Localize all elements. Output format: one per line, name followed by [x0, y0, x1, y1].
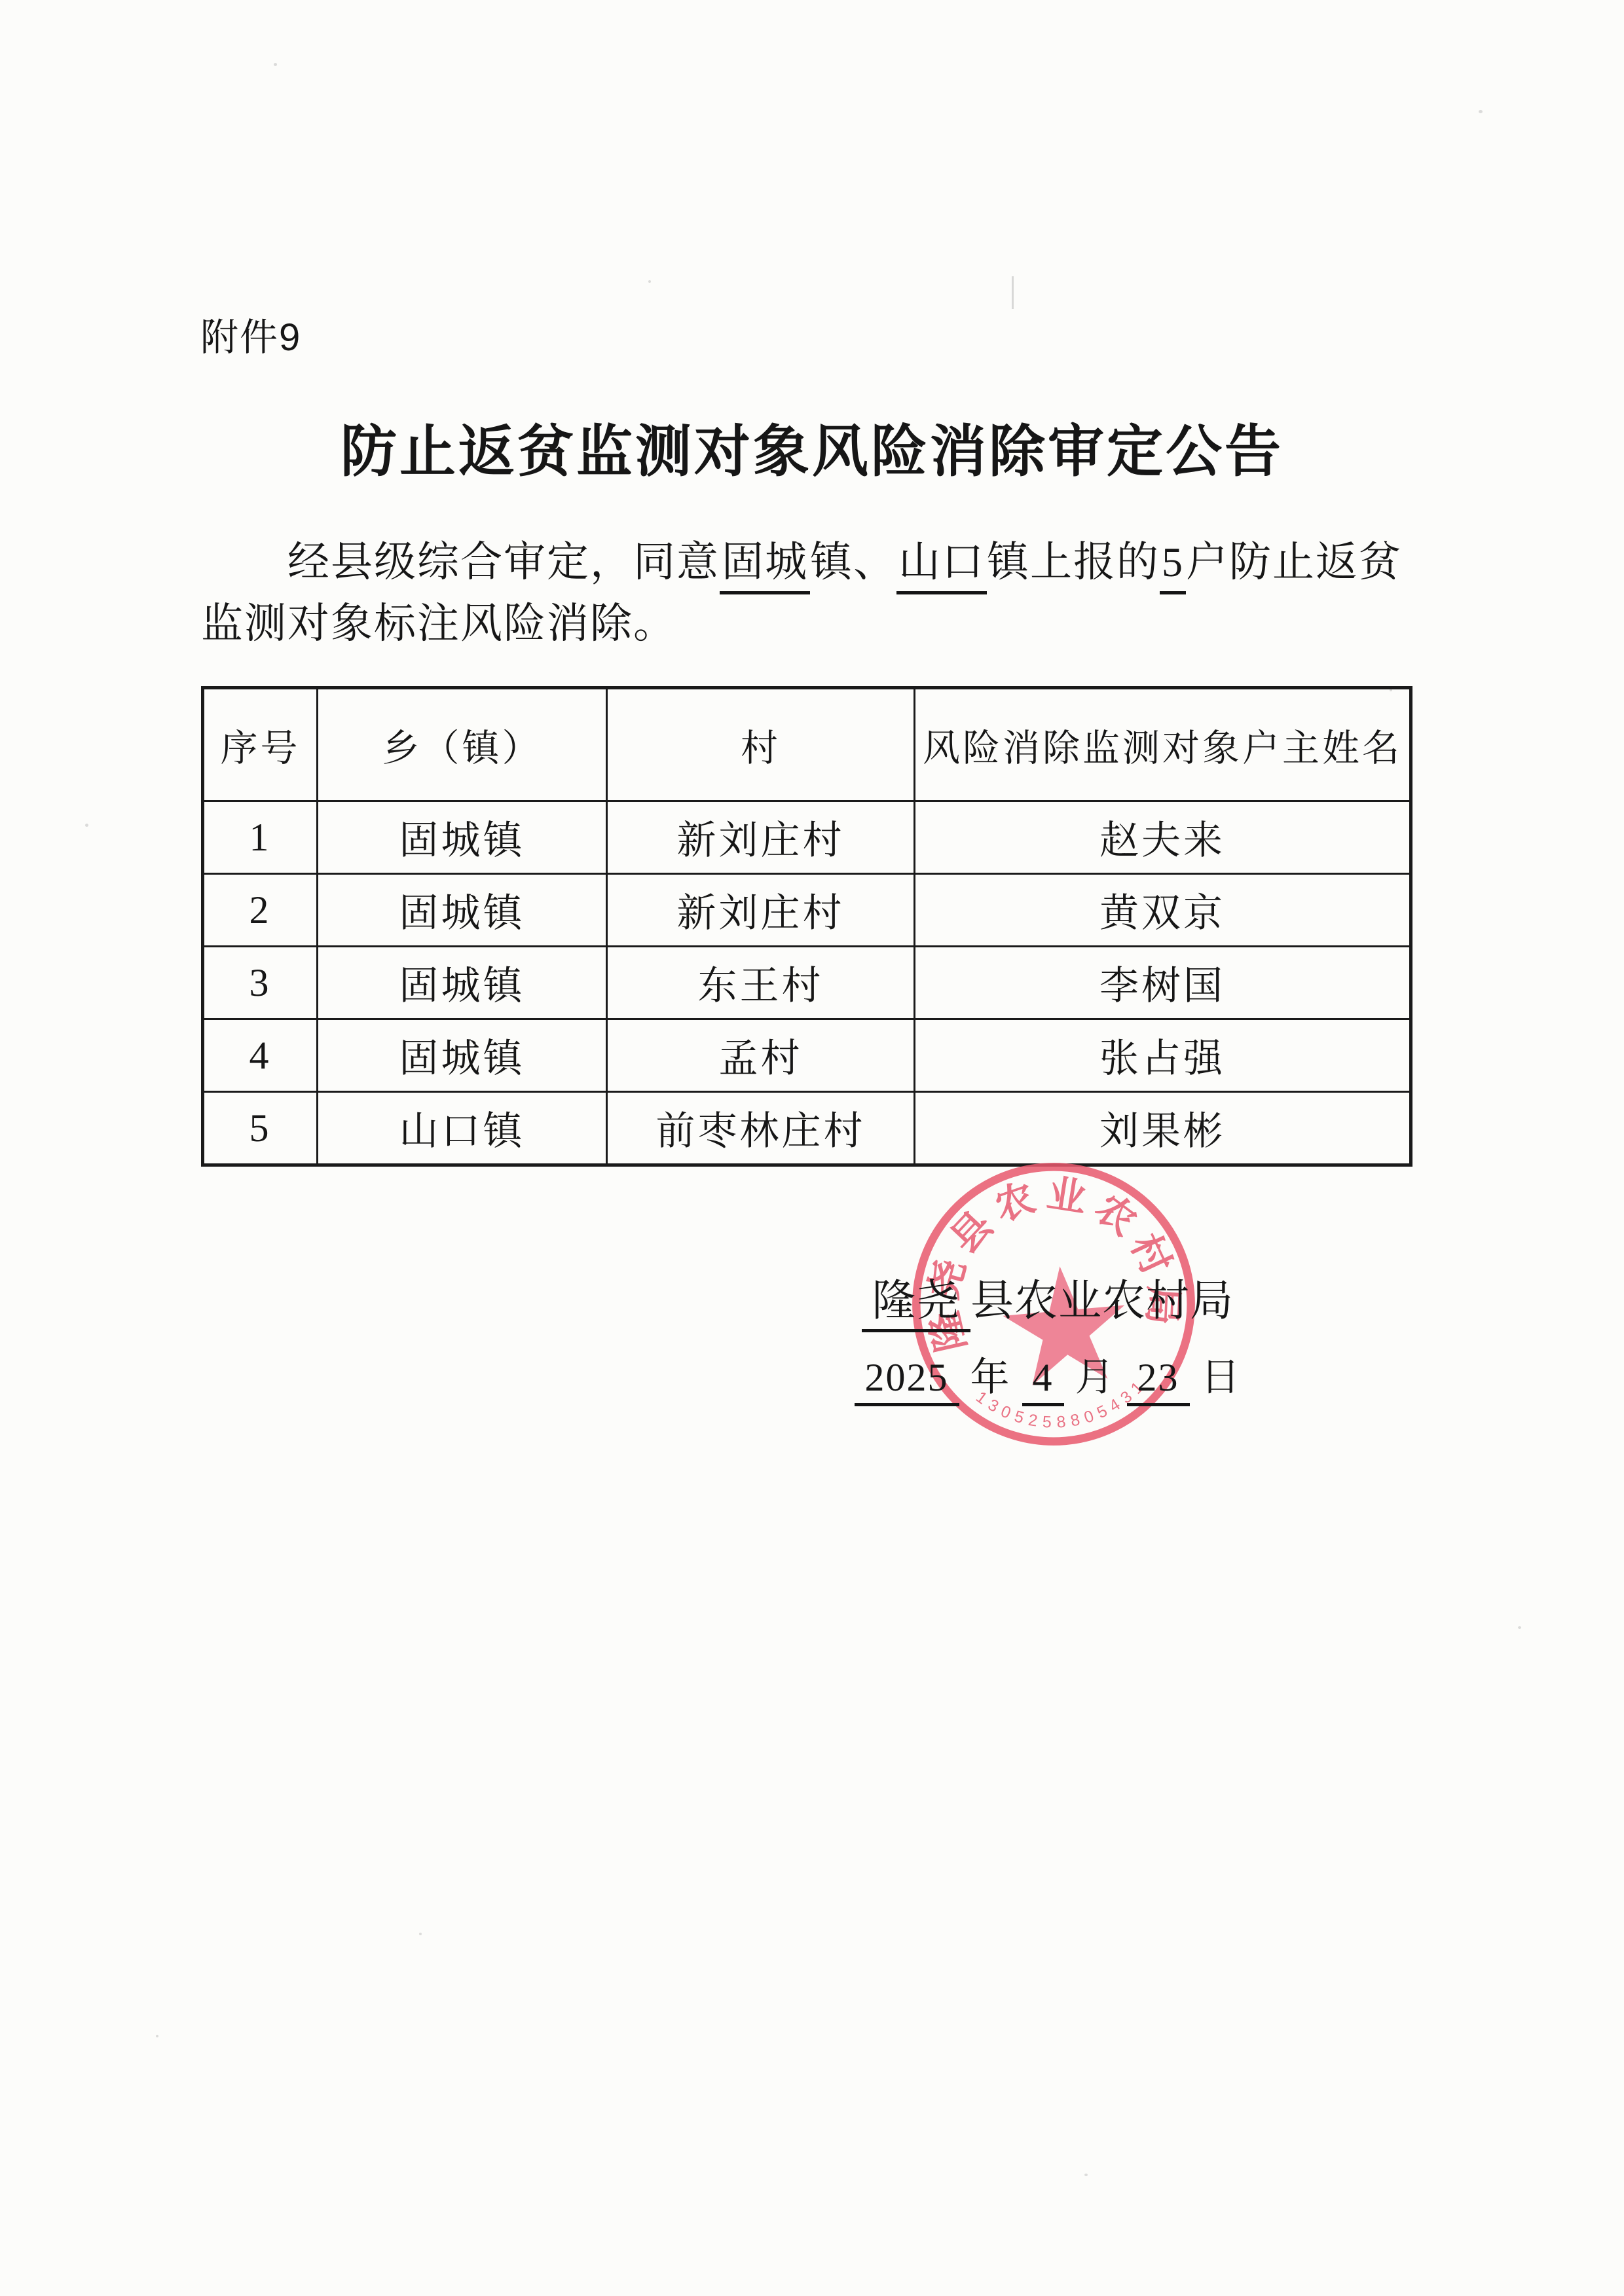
- table-cell: 黄双京: [915, 874, 1411, 947]
- scan-speck: [1084, 2174, 1088, 2176]
- filled-blank: 隆尧: [862, 1277, 970, 1332]
- filled-blank: 山口: [896, 539, 987, 594]
- table-cell: 1: [203, 801, 318, 874]
- table-cell: 赵夫来: [915, 801, 1411, 874]
- filled-blank: 2025: [855, 1356, 959, 1406]
- table-header-cell: 风险消除监测对象户主姓名: [915, 688, 1411, 801]
- scan-speck: [85, 824, 88, 827]
- signature-date-line: 2025 年 4 月 23 日: [773, 1346, 1323, 1402]
- table-row: 3固城镇东王村李树国: [203, 947, 1411, 1019]
- filled-blank: 固城: [720, 539, 810, 594]
- scan-speck: [1012, 276, 1014, 309]
- table-cell: 山口镇: [318, 1092, 607, 1165]
- filled-blank: 4: [1022, 1356, 1064, 1406]
- table-cell: 4: [203, 1019, 318, 1092]
- table-header-cell: 乡（镇）: [318, 688, 607, 801]
- text-segment: 监测对象标注风险消除。: [201, 600, 676, 647]
- table-header-cell: 村: [607, 688, 915, 801]
- text-segment: 年: [959, 1356, 1022, 1399]
- scan-speck: [419, 1933, 422, 1935]
- paragraph-line: 经县级综合审定，同意固城镇、山口镇上报的5户防止返贫: [201, 532, 1410, 593]
- risk-elimination-table: 序号乡（镇）村风险消除监测对象户主姓名 1固城镇新刘庄村赵夫来2固城镇新刘庄村黄…: [201, 686, 1412, 1167]
- document-page: 附件9 防止返贫监测对象风险消除审定公告 经县级综合审定，同意固城镇、山口镇上报…: [0, 0, 1624, 2296]
- text-segment: 日: [1190, 1356, 1242, 1399]
- scan-speck: [156, 2035, 158, 2037]
- table-row: 1固城镇新刘庄村赵夫来: [203, 801, 1411, 874]
- table-cell: 新刘庄村: [607, 874, 915, 947]
- document-title: 防止返贫监测对象风险消除审定公告: [0, 406, 1624, 487]
- table-cell: 2: [203, 874, 318, 947]
- table-cell: 5: [203, 1092, 318, 1165]
- scan-speck: [1390, 689, 1392, 691]
- table-row: 5山口镇前枣林庄村刘果彬: [203, 1092, 1411, 1165]
- table-header: 序号乡（镇）村风险消除监测对象户主姓名: [203, 688, 1411, 801]
- scan-speck: [1518, 1626, 1521, 1629]
- signature-org-line: 隆尧县农业农村局: [773, 1266, 1323, 1328]
- table-cell: 固城镇: [318, 1019, 607, 1092]
- scan-speck: [648, 280, 651, 283]
- text-segment: 户防止返贫: [1186, 539, 1402, 585]
- text-segment: 镇上报的: [987, 539, 1160, 585]
- scan-speck: [1479, 110, 1483, 113]
- table-cell: 前枣林庄村: [607, 1092, 915, 1165]
- table-cell: 固城镇: [318, 874, 607, 947]
- table-header-cell: 序号: [203, 688, 318, 801]
- table-row: 4固城镇孟村张占强: [203, 1019, 1411, 1092]
- table-header-row: 序号乡（镇）村风险消除监测对象户主姓名: [203, 688, 1411, 801]
- text-segment: 县农业农村局: [970, 1277, 1234, 1325]
- attachment-label: 附件9: [200, 317, 301, 359]
- filled-blank: 5: [1160, 539, 1186, 594]
- table-cell: 张占强: [915, 1019, 1411, 1092]
- table-cell: 新刘庄村: [607, 801, 915, 874]
- table-cell: 固城镇: [318, 801, 607, 874]
- scan-speck: [274, 63, 277, 66]
- table-cell: 李树国: [915, 947, 1411, 1019]
- table-row: 2固城镇新刘庄村黄双京: [203, 874, 1411, 947]
- filled-blank: 23: [1127, 1356, 1190, 1406]
- body-paragraph: 经县级综合审定，同意固城镇、山口镇上报的5户防止返贫监测对象标注风险消除。: [201, 532, 1410, 655]
- table-cell: 东王村: [607, 947, 915, 1019]
- table-cell: 孟村: [607, 1019, 915, 1092]
- table-cell: 3: [203, 947, 318, 1019]
- text-segment: 经县级综合审定，同意: [287, 539, 720, 585]
- table-body: 1固城镇新刘庄村赵夫来2固城镇新刘庄村黄双京3固城镇东王村李树国4固城镇孟村张占…: [203, 801, 1411, 1165]
- table-cell: 固城镇: [318, 947, 607, 1019]
- text-segment: 月: [1064, 1356, 1127, 1399]
- text-segment: 镇、: [810, 539, 896, 585]
- paragraph-line: 监测对象标注风险消除。: [201, 593, 1410, 655]
- signature-block: 隆尧县农业农村局 2025 年 4 月 23 日: [773, 1266, 1323, 1402]
